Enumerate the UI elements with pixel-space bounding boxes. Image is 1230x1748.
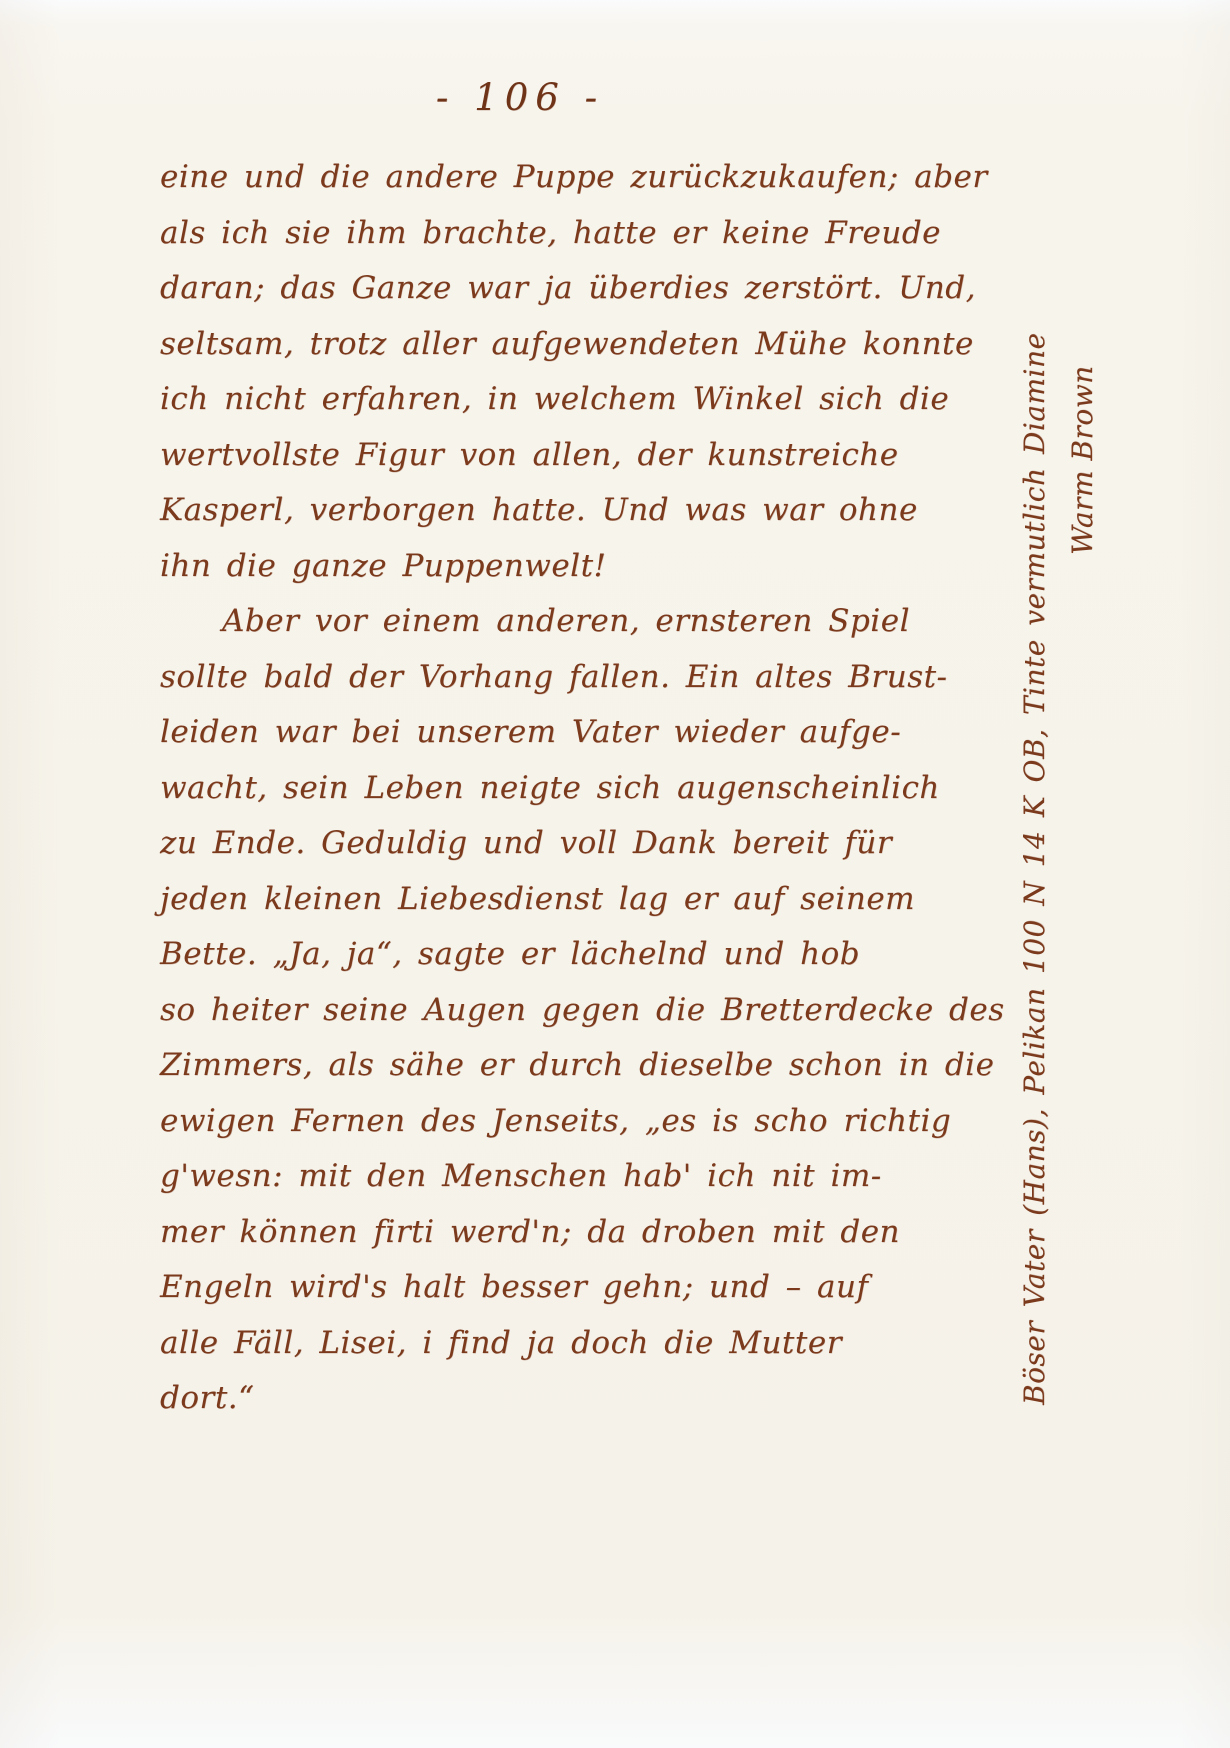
text-line: ewigen Fernen des Jenseits, „es is scho … [160,1094,1060,1150]
text-line: so heiter seine Augen gegen die Bretterd… [160,983,1060,1039]
text-line: g'wesn: mit den Menschen hab' ich nit im… [160,1149,1060,1205]
text-line: ich nicht erfahren, in welchem Winkel si… [160,372,1060,428]
text-line: zu Ende. Geduldig und voll Dank bereit f… [160,816,1060,872]
text-line: eine und die andere Puppe zurückzukaufen… [160,150,1060,206]
text-line: ihn die ganze Puppenwelt! [160,539,1060,595]
page-number: - 106 - [160,76,880,119]
text-line: wacht, sein Leben neigte sich augenschei… [160,761,1060,817]
scanned-manuscript-page: - 106 - eine und die andere Puppe zurück… [0,0,1230,1748]
text-line: mer können firti werd'n; da droben mit d… [160,1205,1060,1261]
margin-note-pen-info: Böser Vater (Hans), Pelikan 100 N 14 K O… [1013,155,1057,1405]
text-line: jeden kleinen Liebesdienst lag er auf se… [160,872,1060,928]
text-line-paragraph-start: Aber vor einem anderen, ernsteren Spiel [160,594,1060,650]
text-line: daran; das Ganze war ja überdies zerstör… [160,261,1060,317]
text-line: Engeln wird's halt besser gehn; und – au… [160,1260,1060,1316]
text-line: Zimmers, als sähe er durch dieselbe scho… [160,1038,1060,1094]
text-line: Kasperl, verborgen hatte. Und was war oh… [160,483,1060,539]
text-line: Bette. „Ja, ja“, sagte er lächelnd und h… [160,927,1060,983]
text-line: wertvollste Figur von allen, der kunstre… [160,428,1060,484]
text-line: dort.“ [160,1371,1060,1427]
margin-note-ink-name: Warm Brown [1063,265,1103,555]
text-line: alle Fäll, Lisei, i find ja doch die Mut… [160,1316,1060,1372]
text-line: als ich sie ihm brachte, hatte er keine … [160,206,1060,262]
text-line: leiden war bei unserem Vater wieder aufg… [160,705,1060,761]
text-line: seltsam, trotz aller aufgewendeten Mühe … [160,317,1060,373]
handwritten-text-block: eine und die andere Puppe zurückzukaufen… [160,150,1060,1427]
text-line: sollte bald der Vorhang fallen. Ein alte… [160,650,1060,706]
